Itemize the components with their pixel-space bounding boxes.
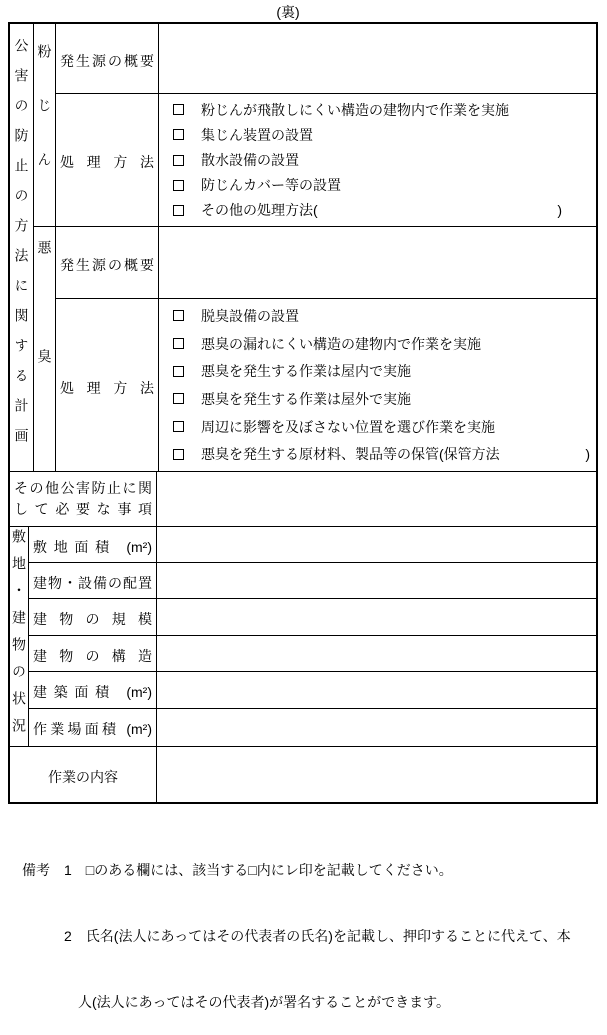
checkbox-label: 悪臭を発生する原材料、製品等の保管(保管方法 [201, 444, 500, 464]
checkbox-item[interactable]: 粉じんが飛散しにくい構造の建物内で作業を実施 [159, 97, 596, 122]
checkbox-item[interactable]: 悪臭の漏れにくい構造の建物内で作業を実施 [159, 330, 596, 358]
checkbox-item[interactable]: 散水設備の設置 [159, 147, 596, 172]
plan-section-title: 公害の防止の方法に関する計画 [15, 38, 29, 458]
building-layout-field[interactable] [157, 563, 596, 598]
paren-close: ) [585, 446, 590, 462]
site-row: 建物の規模 [29, 599, 596, 636]
checkbox-item[interactable]: 悪臭を発生する作業は屋内で実施 [159, 357, 596, 385]
site-row: 建築面積 (m²) [29, 672, 596, 709]
dust-method-label: 処理方法 [56, 94, 159, 226]
site-section-title: 敷地・建物の状況 [12, 529, 26, 745]
site-row: 建物・設備の配置 [29, 563, 596, 599]
checkbox-item[interactable]: 周辺に影響を及ぼさない位置を選び作業を実施 [159, 413, 596, 441]
section-pollution-plan: 公害の防止の方法に関する計画 粉じん 発生源の概要 処理方法 [10, 24, 596, 472]
building-structure-label: 建物の構造 [29, 636, 157, 671]
section-site-building: 敷地・建物の状況 敷地面積 (m²) 建物・設備の配置 建物の規模 建物の構造 … [10, 527, 596, 747]
workplace-area-label: 作業場面積 (m²) [29, 709, 157, 746]
remarks-line: 2 氏名(法人にあってはその代表者の氏名)を記載し、押印することに代えて、本 [22, 925, 602, 947]
checkbox-label: 悪臭を発生する作業は屋外で実施 [201, 389, 411, 409]
checkbox-label: 悪臭を発生する作業は屋内で実施 [201, 361, 411, 381]
checkbox-icon[interactable] [173, 205, 184, 216]
paren-close: ) [557, 202, 562, 218]
dust-method-options: 粉じんが飛散しにくい構造の建物内で作業を実施 集じん装置の設置 散水設備の設置 [159, 94, 596, 226]
remarks-line: 人(法人にあってはその代表者)が署名することができます。 [22, 991, 602, 1013]
checkbox-label: 集じん装置の設置 [201, 125, 313, 145]
checkbox-icon[interactable] [173, 366, 184, 377]
site-row: 作業場面積 (m²) [29, 709, 596, 746]
checkbox-label: 粉じんが飛散しにくい構造の建物内で作業を実施 [201, 100, 509, 120]
dust-method-row: 処理方法 粉じんが飛散しにくい構造の建物内で作業を実施 集じん装置の設置 [56, 94, 596, 226]
site-row: 敷地面積 (m²) [29, 527, 596, 563]
checkbox-label: 散水設備の設置 [201, 150, 299, 170]
site-section-header: 敷地・建物の状況 [10, 527, 29, 746]
checkbox-icon[interactable] [173, 310, 184, 321]
checkbox-item[interactable]: 悪臭を発生する原材料、製品等の保管(保管方法 ) [159, 440, 596, 468]
checkbox-icon[interactable] [173, 449, 184, 460]
checkbox-label: 悪臭の漏れにくい構造の建物内で作業を実施 [201, 334, 481, 354]
site-area-field[interactable] [157, 527, 596, 562]
checkbox-icon[interactable] [173, 104, 184, 115]
odor-method-options: 脱臭設備の設置 悪臭の漏れにくい構造の建物内で作業を実施 悪臭を発生する作業は屋… [159, 299, 596, 471]
checkbox-icon[interactable] [173, 180, 184, 191]
group-dust: 粉じん 発生源の概要 処理方法 粉じんが飛散しにくい構造の建物内で作業を実施 [34, 24, 596, 227]
building-scale-label: 建物の規模 [29, 599, 157, 635]
group-odor-title: 悪臭 [38, 240, 52, 458]
building-scale-field[interactable] [157, 599, 596, 635]
checkbox-icon[interactable] [173, 421, 184, 432]
checkbox-icon[interactable] [173, 338, 184, 349]
work-description-label: 作業の内容 [10, 747, 157, 802]
checkbox-item[interactable]: 防じんカバー等の設置 [159, 173, 596, 198]
checkbox-icon[interactable] [173, 129, 184, 140]
checkbox-item[interactable]: 集じん装置の設置 [159, 122, 596, 147]
checkbox-label: 脱臭設備の設置 [201, 306, 299, 326]
remarks-line: 備考 1 □のある欄には、該当する□内にレ印を記載してください。 [22, 859, 602, 881]
checkbox-item[interactable]: 脱臭設備の設置 [159, 302, 596, 330]
building-structure-field[interactable] [157, 636, 596, 671]
dust-source-row: 発生源の概要 [56, 24, 596, 94]
group-odor: 悪臭 発生源の概要 処理方法 脱臭設備の設置 [34, 227, 596, 471]
odor-method-row: 処理方法 脱臭設備の設置 悪臭の漏れにくい構造の建物内で作業を実施 [56, 299, 596, 471]
checkbox-icon[interactable] [173, 393, 184, 404]
checkbox-label: 周辺に影響を及ぼさない位置を選び作業を実施 [201, 417, 495, 437]
checkbox-label: 防じんカバー等の設置 [201, 175, 341, 195]
work-description-field[interactable] [157, 747, 596, 802]
other-matters-field[interactable] [157, 472, 596, 526]
group-dust-header: 粉じん [34, 24, 56, 226]
site-area-label: 敷地面積 (m²) [29, 527, 157, 562]
checkbox-item[interactable]: 悪臭を発生する作業は屋外で実施 [159, 385, 596, 413]
group-dust-title: 粉じん [38, 44, 52, 206]
odor-source-field[interactable] [159, 227, 596, 298]
building-area-field[interactable] [157, 672, 596, 708]
dust-source-field[interactable] [159, 24, 596, 93]
odor-source-row: 発生源の概要 [56, 227, 596, 299]
plan-section-header: 公害の防止の方法に関する計画 [10, 24, 34, 471]
workplace-area-field[interactable] [157, 709, 596, 746]
site-row: 建物の構造 [29, 636, 596, 672]
checkbox-icon[interactable] [173, 155, 184, 166]
row-work-description: 作業の内容 [10, 747, 596, 802]
checkbox-item[interactable]: その他の処理方法( ) [159, 198, 596, 223]
form-table: 公害の防止の方法に関する計画 粉じん 発生源の概要 処理方法 [8, 22, 598, 804]
row-other-matters: その他公害防止に関して必要な事項 [10, 472, 596, 527]
building-area-label: 建築面積 (m²) [29, 672, 157, 708]
page-side-label: (裏) [8, 2, 568, 22]
remarks: 備考 1 □のある欄には、該当する□内にレ印を記載してください。 2 氏名(法人… [22, 815, 602, 1035]
odor-source-label: 発生源の概要 [56, 227, 159, 298]
group-odor-header: 悪臭 [34, 227, 56, 471]
odor-method-label: 処理方法 [56, 299, 159, 471]
checkbox-label: その他の処理方法( [201, 200, 318, 220]
other-matters-label: その他公害防止に関して必要な事項 [10, 472, 157, 526]
building-layout-label: 建物・設備の配置 [29, 563, 157, 598]
dust-source-label: 発生源の概要 [56, 24, 159, 93]
